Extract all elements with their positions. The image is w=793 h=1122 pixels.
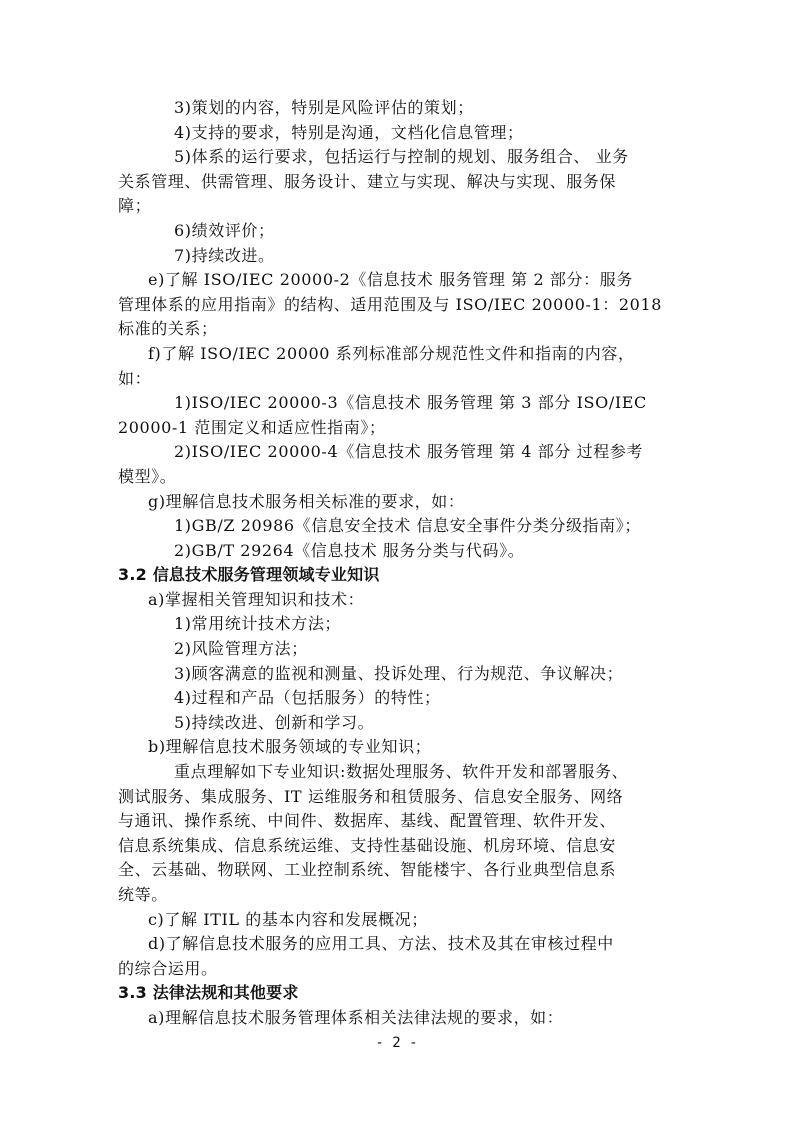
text-line: 标准的关系；	[118, 317, 684, 342]
text-line: c)了解 ITIL 的基本内容和发展概况；	[118, 908, 684, 933]
text-line: 3)策划的内容，特别是风险评估的策划；	[118, 96, 684, 121]
text-line: f)了解 ISO/IEC 20000 系列标准部分规范性文件和指南的内容，	[118, 342, 684, 367]
text-line: 5)体系的运行要求，包括运行与控制的规划、服务组合、 业务	[118, 145, 684, 170]
text-line: 全、云基础、物联网、工业控制系统、智能楼宇、各行业典型信息系	[118, 858, 684, 883]
text-line: 5)持续改进、创新和学习。	[118, 711, 684, 736]
text-line: 6)绩效评价；	[118, 219, 684, 244]
text-line: 如：	[118, 367, 684, 392]
text-line: 2)ISO/IEC 20000-4《信息技术 服务管理 第 4 部分 过程参考	[118, 440, 684, 465]
text-line: g)理解信息技术服务相关标准的要求，如：	[118, 490, 684, 515]
text-line: 统等。	[118, 883, 684, 908]
text-line: 的综合运用。	[118, 957, 684, 982]
text-line: 障；	[118, 194, 684, 219]
text-line: a)掌握相关管理知识和技术：	[118, 588, 684, 613]
text-line: 1)GB/Z 20986《信息安全技术 信息安全事件分类分级指南》；	[118, 514, 684, 539]
section-heading: 3.2 信息技术服务管理领域专业知识	[118, 563, 684, 588]
document-page: 3)策划的内容，特别是风险评估的策划；4)支持的要求，特别是沟通，文档化信息管理…	[118, 96, 684, 1031]
section-heading: 3.3 法律法规和其他要求	[118, 981, 684, 1006]
text-line: 重点理解如下专业知识:数据处理服务、软件开发和部署服务、	[118, 760, 684, 785]
text-line: 1)常用统计技术方法；	[118, 612, 684, 637]
text-line: 信息系统集成、信息系统运维、支持性基础设施、机房环境、信息安	[118, 834, 684, 859]
text-line: 关系管理、供需管理、服务设计、建立与实现、解决与实现、服务保	[118, 170, 684, 195]
text-line: a)理解信息技术服务管理体系相关法律法规的要求，如：	[118, 1006, 684, 1031]
text-line: 4)支持的要求，特别是沟通，文档化信息管理；	[118, 121, 684, 146]
text-line: 20000-1 范围定义和适应性指南》；	[118, 416, 684, 441]
text-line: 2)GB/T 29264《信息技术 服务分类与代码》。	[118, 539, 684, 564]
text-line: 2)风险管理方法；	[118, 637, 684, 662]
text-line: 与通讯、操作系统、中间件、数据库、基线、配置管理、软件开发、	[118, 809, 684, 834]
page-number: - 2 -	[0, 1035, 793, 1051]
text-line: e)了解 ISO/IEC 20000-2《信息技术 服务管理 第 2 部分：服务	[118, 268, 684, 293]
text-line: 模型》。	[118, 465, 684, 490]
text-line: 7)持续改进。	[118, 244, 684, 269]
text-line: 测试服务、集成服务、IT 运维服务和租赁服务、信息安全服务、网络	[118, 785, 684, 810]
text-line: b)理解信息技术服务领域的专业知识；	[118, 735, 684, 760]
text-line: d)了解信息技术服务的应用工具、方法、技术及其在审核过程中	[118, 932, 684, 957]
text-line: 管理体系的应用指南》的结构、适用范围及与 ISO/IEC 20000-1：201…	[118, 293, 684, 318]
text-line: 4)过程和产品（包括服务）的特性；	[118, 686, 684, 711]
text-line: 1)ISO/IEC 20000-3《信息技术 服务管理 第 3 部分 ISO/I…	[118, 391, 684, 416]
text-line: 3)顾客满意的监视和测量、投诉处理、行为规范、争议解决；	[118, 662, 684, 687]
